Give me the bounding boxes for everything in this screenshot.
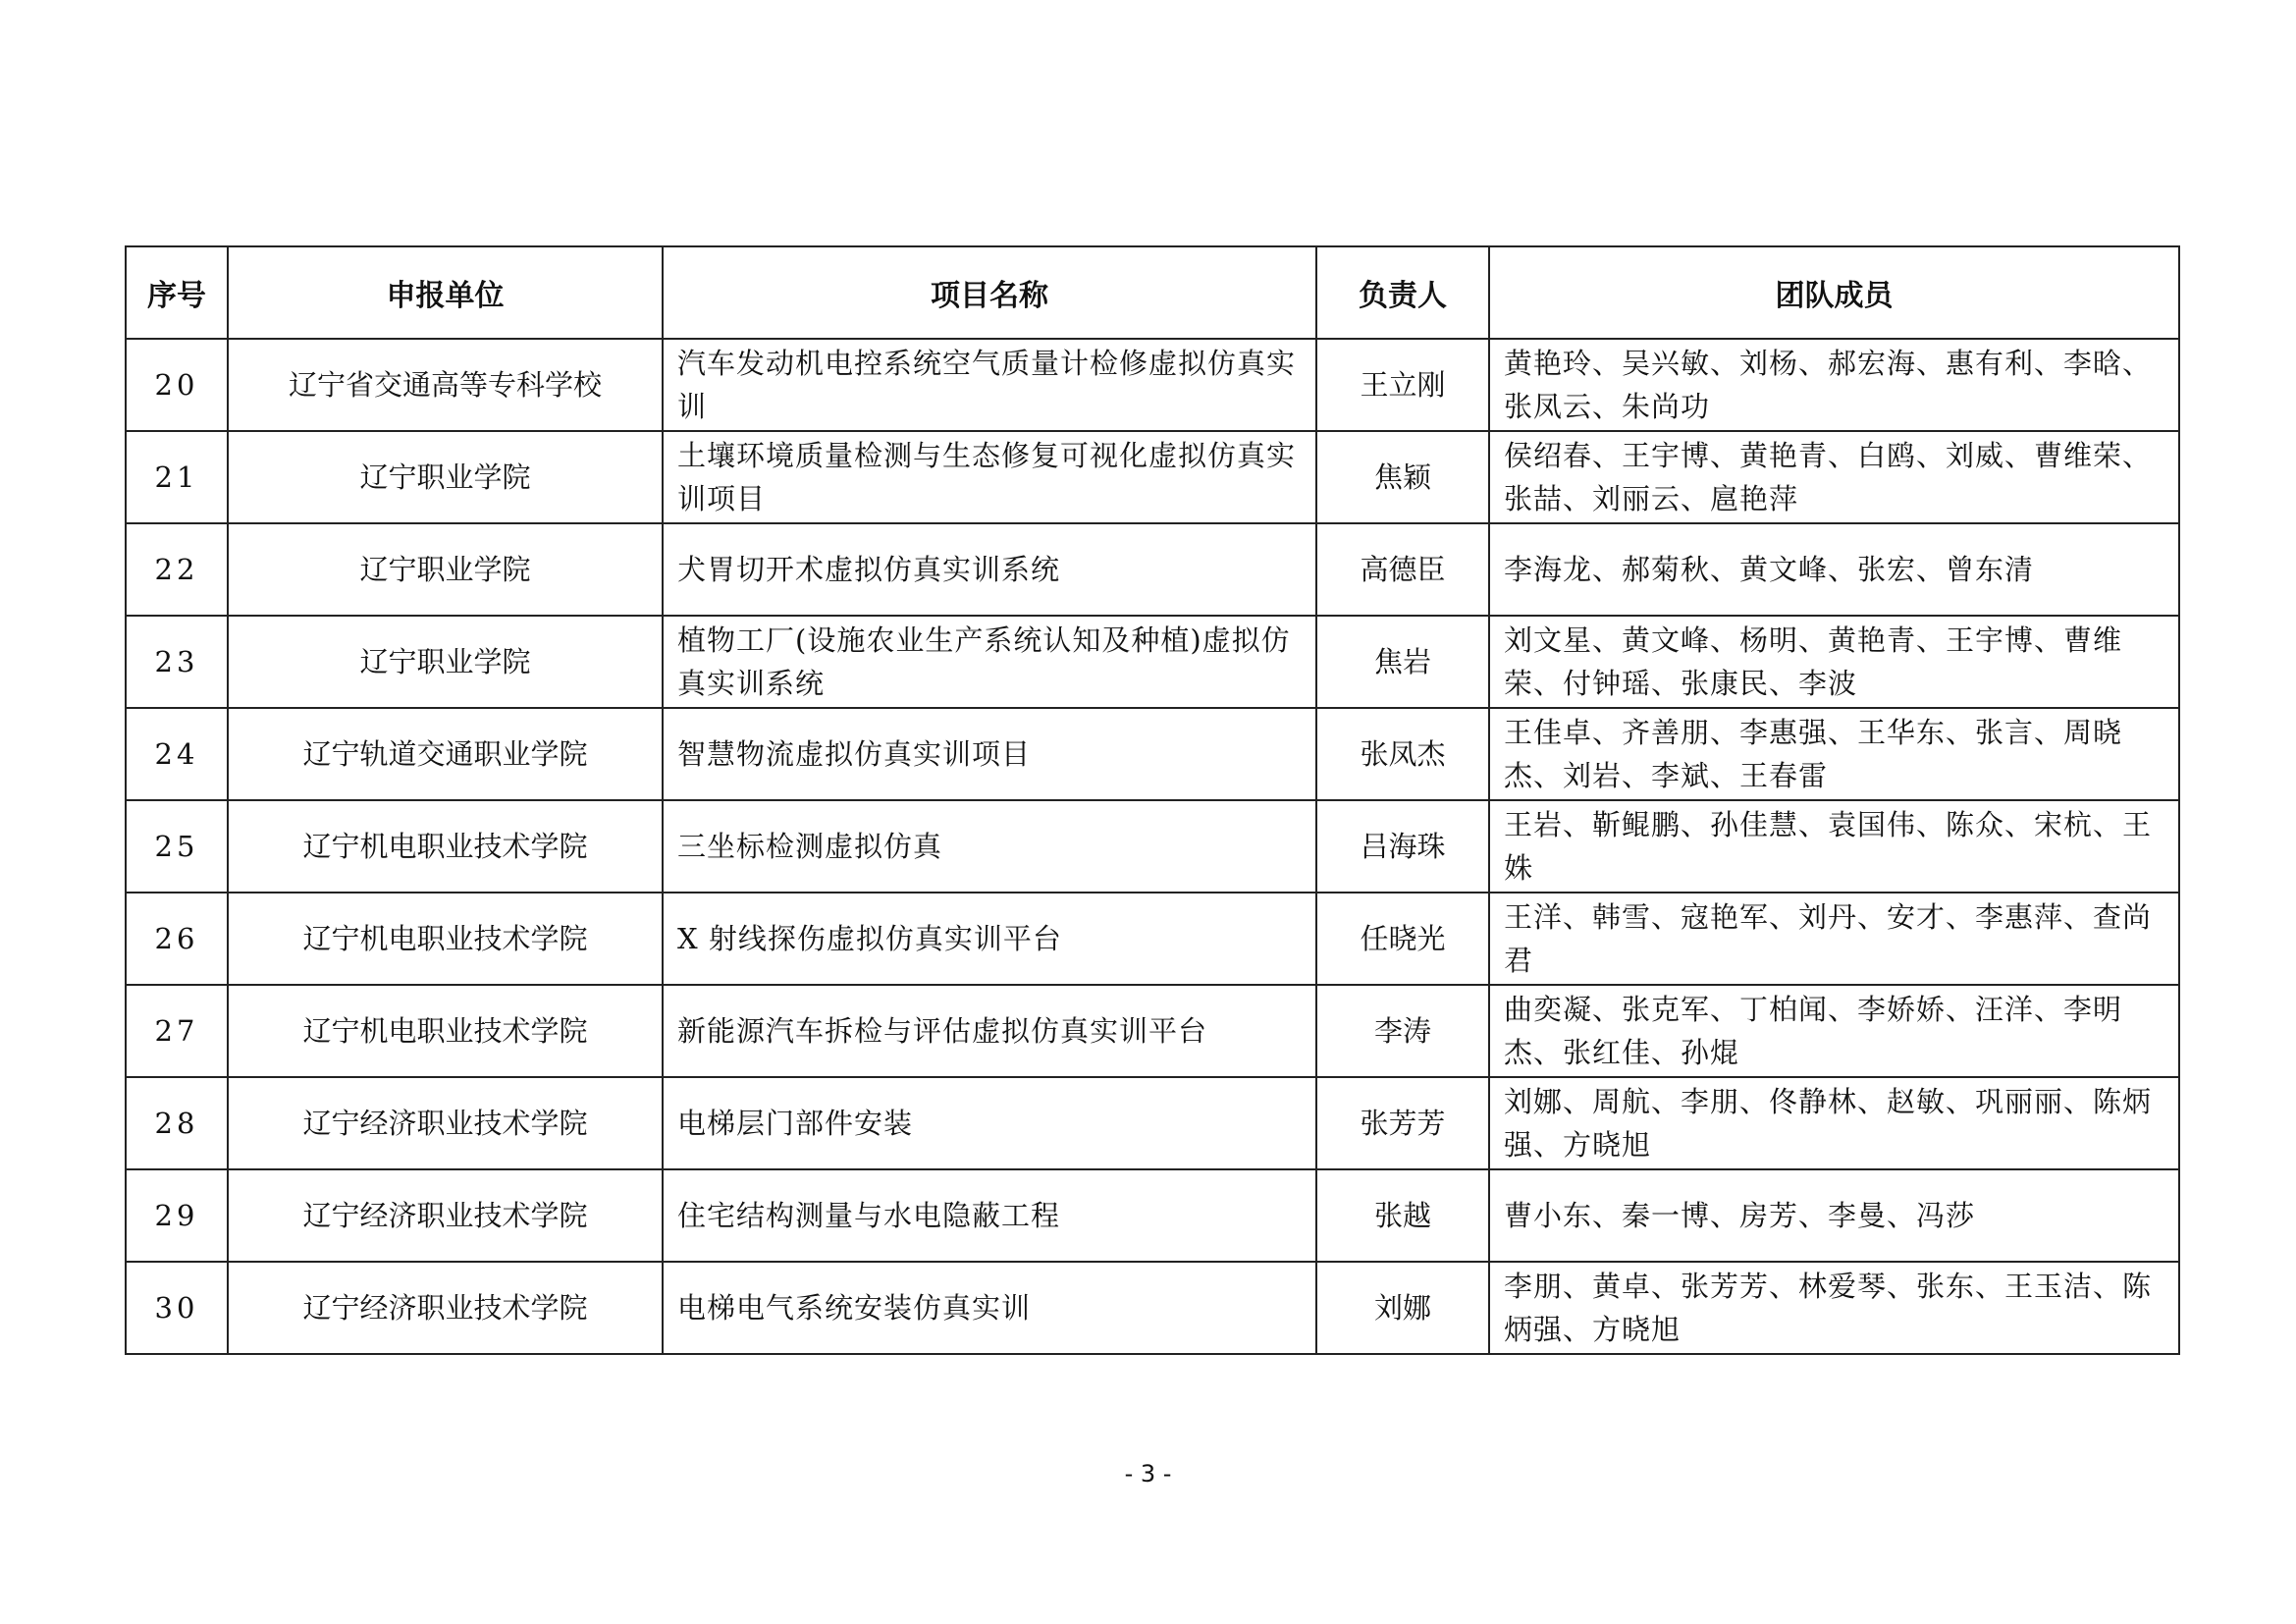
header-project: 项目名称 bbox=[663, 246, 1316, 339]
cell-index: 21 bbox=[126, 431, 228, 523]
cell-team: 王洋、韩雪、寇艳军、刘丹、安才、李惠萍、查尚君 bbox=[1489, 893, 2179, 985]
cell-leader: 李涛 bbox=[1316, 985, 1489, 1077]
table-row: 26辽宁机电职业技术学院X 射线探伤虚拟仿真实训平台任晓光王洋、韩雪、寇艳军、刘… bbox=[126, 893, 2179, 985]
cell-project: 汽车发动机电控系统空气质量计检修虚拟仿真实训 bbox=[663, 339, 1316, 431]
project-table: 序号 申报单位 项目名称 负责人 团队成员 20辽宁省交通高等专科学校汽车发动机… bbox=[125, 245, 2180, 1355]
header-team: 团队成员 bbox=[1489, 246, 2179, 339]
cell-index: 29 bbox=[126, 1169, 228, 1262]
cell-leader: 任晓光 bbox=[1316, 893, 1489, 985]
cell-unit: 辽宁机电职业技术学院 bbox=[228, 800, 663, 893]
cell-team: 王岩、靳鲲鹏、孙佳慧、袁国伟、陈众、宋杭、王姝 bbox=[1489, 800, 2179, 893]
cell-index: 28 bbox=[126, 1077, 228, 1169]
header-leader: 负责人 bbox=[1316, 246, 1489, 339]
table-row: 30辽宁经济职业技术学院电梯电气系统安装仿真实训刘娜李朋、黄卓、张芳芳、林爱琴、… bbox=[126, 1262, 2179, 1354]
cell-team: 李海龙、郝菊秋、黄文峰、张宏、曾东清 bbox=[1489, 523, 2179, 616]
cell-team: 刘文星、黄文峰、杨明、黄艳青、王宇博、曹维荣、付钟瑶、张康民、李波 bbox=[1489, 616, 2179, 708]
cell-unit: 辽宁省交通高等专科学校 bbox=[228, 339, 663, 431]
table-row: 20辽宁省交通高等专科学校汽车发动机电控系统空气质量计检修虚拟仿真实训王立刚黄艳… bbox=[126, 339, 2179, 431]
cell-project: 土壤环境质量检测与生态修复可视化虚拟仿真实训项目 bbox=[663, 431, 1316, 523]
cell-leader: 王立刚 bbox=[1316, 339, 1489, 431]
cell-index: 27 bbox=[126, 985, 228, 1077]
cell-team: 黄艳玲、吴兴敏、刘杨、郝宏海、惠有利、李晗、张凤云、朱尚功 bbox=[1489, 339, 2179, 431]
cell-leader: 张凤杰 bbox=[1316, 708, 1489, 800]
cell-team: 王佳卓、齐善朋、李惠强、王华东、张言、周晓杰、刘岩、李斌、王春雷 bbox=[1489, 708, 2179, 800]
cell-project: X 射线探伤虚拟仿真实训平台 bbox=[663, 893, 1316, 985]
cell-index: 30 bbox=[126, 1262, 228, 1354]
cell-index: 23 bbox=[126, 616, 228, 708]
cell-project: 三坐标检测虚拟仿真 bbox=[663, 800, 1316, 893]
cell-index: 25 bbox=[126, 800, 228, 893]
cell-unit: 辽宁机电职业技术学院 bbox=[228, 893, 663, 985]
cell-leader: 高德臣 bbox=[1316, 523, 1489, 616]
table-row: 21辽宁职业学院土壤环境质量检测与生态修复可视化虚拟仿真实训项目焦颖侯绍春、王宇… bbox=[126, 431, 2179, 523]
table-row: 23辽宁职业学院植物工厂(设施农业生产系统认知及种植)虚拟仿真实训系统焦岩刘文星… bbox=[126, 616, 2179, 708]
cell-unit: 辽宁经济职业技术学院 bbox=[228, 1077, 663, 1169]
cell-unit: 辽宁职业学院 bbox=[228, 431, 663, 523]
cell-index: 22 bbox=[126, 523, 228, 616]
table-header-row: 序号 申报单位 项目名称 负责人 团队成员 bbox=[126, 246, 2179, 339]
cell-team: 李朋、黄卓、张芳芳、林爱琴、张东、王玉洁、陈炳强、方晓旭 bbox=[1489, 1262, 2179, 1354]
cell-project: 植物工厂(设施农业生产系统认知及种植)虚拟仿真实训系统 bbox=[663, 616, 1316, 708]
cell-team: 曹小东、秦一博、房芳、李曼、冯莎 bbox=[1489, 1169, 2179, 1262]
cell-leader: 焦岩 bbox=[1316, 616, 1489, 708]
cell-unit: 辽宁职业学院 bbox=[228, 523, 663, 616]
cell-project: 电梯电气系统安装仿真实训 bbox=[663, 1262, 1316, 1354]
cell-leader: 张芳芳 bbox=[1316, 1077, 1489, 1169]
cell-leader: 刘娜 bbox=[1316, 1262, 1489, 1354]
cell-project: 智慧物流虚拟仿真实训项目 bbox=[663, 708, 1316, 800]
cell-index: 26 bbox=[126, 893, 228, 985]
table-row: 29辽宁经济职业技术学院住宅结构测量与水电隐蔽工程张越曹小东、秦一博、房芳、李曼… bbox=[126, 1169, 2179, 1262]
table-row: 27辽宁机电职业技术学院新能源汽车拆检与评估虚拟仿真实训平台李涛曲奕凝、张克军、… bbox=[126, 985, 2179, 1077]
page-number: - 3 - bbox=[0, 1460, 2296, 1488]
cell-project: 住宅结构测量与水电隐蔽工程 bbox=[663, 1169, 1316, 1262]
cell-team: 侯绍春、王宇博、黄艳青、白鸥、刘威、曹维荣、张喆、刘丽云、扈艳萍 bbox=[1489, 431, 2179, 523]
header-index: 序号 bbox=[126, 246, 228, 339]
table-row: 22辽宁职业学院犬胃切开术虚拟仿真实训系统高德臣李海龙、郝菊秋、黄文峰、张宏、曾… bbox=[126, 523, 2179, 616]
cell-leader: 吕海珠 bbox=[1316, 800, 1489, 893]
table-row: 25辽宁机电职业技术学院三坐标检测虚拟仿真吕海珠王岩、靳鲲鹏、孙佳慧、袁国伟、陈… bbox=[126, 800, 2179, 893]
cell-project: 新能源汽车拆检与评估虚拟仿真实训平台 bbox=[663, 985, 1316, 1077]
cell-unit: 辽宁轨道交通职业学院 bbox=[228, 708, 663, 800]
cell-unit: 辽宁经济职业技术学院 bbox=[228, 1169, 663, 1262]
header-unit: 申报单位 bbox=[228, 246, 663, 339]
table-row: 24辽宁轨道交通职业学院智慧物流虚拟仿真实训项目张凤杰王佳卓、齐善朋、李惠强、王… bbox=[126, 708, 2179, 800]
cell-unit: 辽宁职业学院 bbox=[228, 616, 663, 708]
cell-unit: 辽宁经济职业技术学院 bbox=[228, 1262, 663, 1354]
cell-project: 电梯层门部件安装 bbox=[663, 1077, 1316, 1169]
cell-leader: 张越 bbox=[1316, 1169, 1489, 1262]
table-row: 28辽宁经济职业技术学院电梯层门部件安装张芳芳刘娜、周航、李朋、佟静林、赵敏、巩… bbox=[126, 1077, 2179, 1169]
cell-unit: 辽宁机电职业技术学院 bbox=[228, 985, 663, 1077]
cell-index: 24 bbox=[126, 708, 228, 800]
cell-leader: 焦颖 bbox=[1316, 431, 1489, 523]
cell-project: 犬胃切开术虚拟仿真实训系统 bbox=[663, 523, 1316, 616]
cell-team: 曲奕凝、张克军、丁柏闻、李娇娇、汪洋、李明杰、张红佳、孙焜 bbox=[1489, 985, 2179, 1077]
cell-team: 刘娜、周航、李朋、佟静林、赵敏、巩丽丽、陈炳强、方晓旭 bbox=[1489, 1077, 2179, 1169]
cell-index: 20 bbox=[126, 339, 228, 431]
